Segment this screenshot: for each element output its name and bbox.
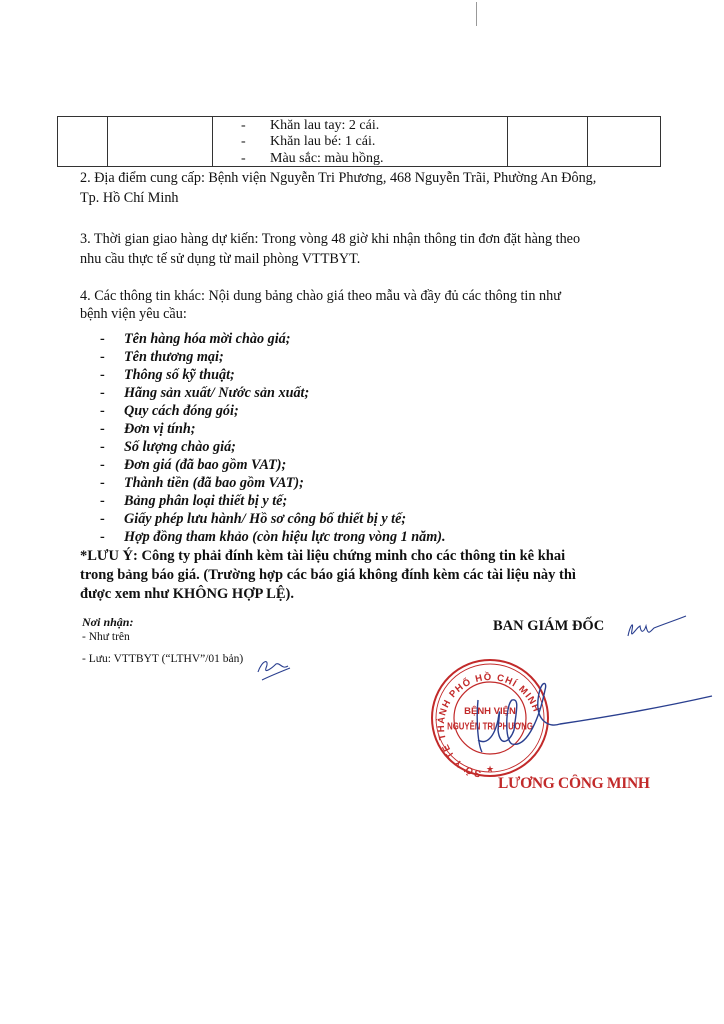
- initials-signature-icon: [258, 662, 290, 680]
- svg-text:NGUYỄN TRI PHƯƠNG: NGUYỄN TRI PHƯƠNG: [447, 719, 533, 731]
- signer-name: LƯƠNG CÔNG MINH: [498, 775, 650, 794]
- stamp-and-signatures: SỞ Y TẾ THÀNH PHỐ HỒ CHÍ MINH BỆNH VIỆN …: [0, 0, 724, 1024]
- director-signature-icon: [477, 683, 712, 752]
- svg-text:★: ★: [486, 764, 494, 774]
- hospital-stamp-icon: SỞ Y TẾ THÀNH PHỐ HỒ CHÍ MINH BỆNH VIỆN …: [432, 660, 548, 779]
- initials-signature-icon: [628, 616, 686, 636]
